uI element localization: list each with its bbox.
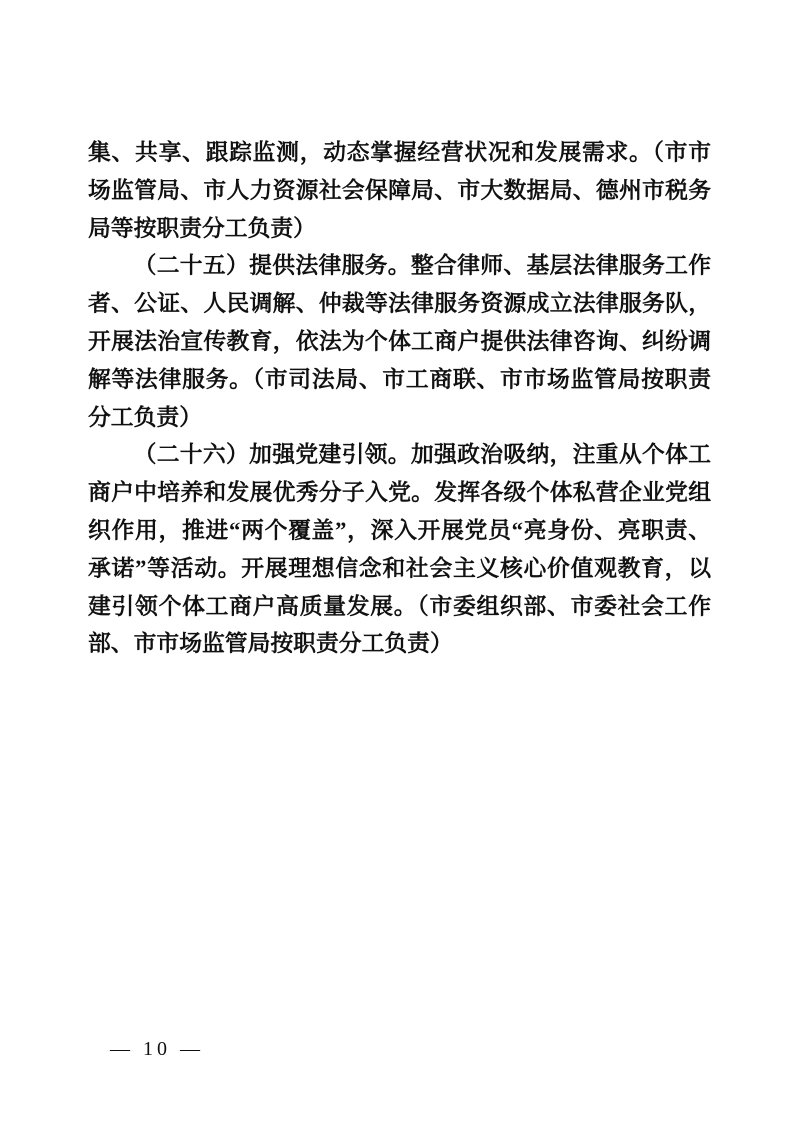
paragraph-section-26: （二十六）加强党建引领。加强政治吸纳，注重从个体工 商户中培养和发展优秀分子入党… (88, 436, 711, 663)
text-line: 解等法律服务。（市司法局、市工商联、市市场监管局按职责 (88, 361, 711, 399)
text-line: 分工负责） (88, 399, 711, 437)
text-line: （二十五）提供法律服务。整合律师、基层法律服务工作 (88, 247, 711, 285)
text-line: 者、公证、人民调解、仲裁等法律服务资源成立法律服务队， (88, 285, 711, 323)
text-line: 场监管局、市人力资源社会保障局、市大数据局、德州市税务 (88, 172, 711, 210)
page-number: — 10 — (110, 1038, 204, 1061)
text-line: 织作用，推进“两个覆盖”，深入开展党员“亮身份、亮职责、亮 (88, 512, 711, 550)
document-page: 集、共享、跟踪监测，动态掌握经营状况和发展需求。（市市 场监管局、市人力资源社会… (0, 0, 793, 1122)
text-line: 集、共享、跟踪监测，动态掌握经营状况和发展需求。（市市 (88, 134, 711, 172)
text-line: （二十六）加强党建引领。加强政治吸纳，注重从个体工 (88, 436, 711, 474)
paragraph-section-25: （二十五）提供法律服务。整合律师、基层法律服务工作 者、公证、人民调解、仲裁等法… (88, 247, 711, 436)
text-line: 承诺”等活动。开展理想信念和社会主义核心价值观教育，以党 (88, 550, 711, 588)
text-line: 建引领个体工商户高质量发展。（市委组织部、市委社会工作 (88, 588, 711, 626)
document-body: 集、共享、跟踪监测，动态掌握经营状况和发展需求。（市市 场监管局、市人力资源社会… (88, 134, 711, 663)
text-line: 部、市市场监管局按职责分工负责） (88, 625, 711, 663)
text-line: 商户中培养和发展优秀分子入党。发挥各级个体私营企业党组 (88, 474, 711, 512)
text-line: 开展法治宣传教育，依法为个体工商户提供法律咨询、纠纷调 (88, 323, 711, 361)
text-line: 局等按职责分工负责） (88, 210, 711, 248)
paragraph-continuation: 集、共享、跟踪监测，动态掌握经营状况和发展需求。（市市 场监管局、市人力资源社会… (88, 134, 711, 247)
page-number-text: — 10 — (110, 1038, 204, 1060)
